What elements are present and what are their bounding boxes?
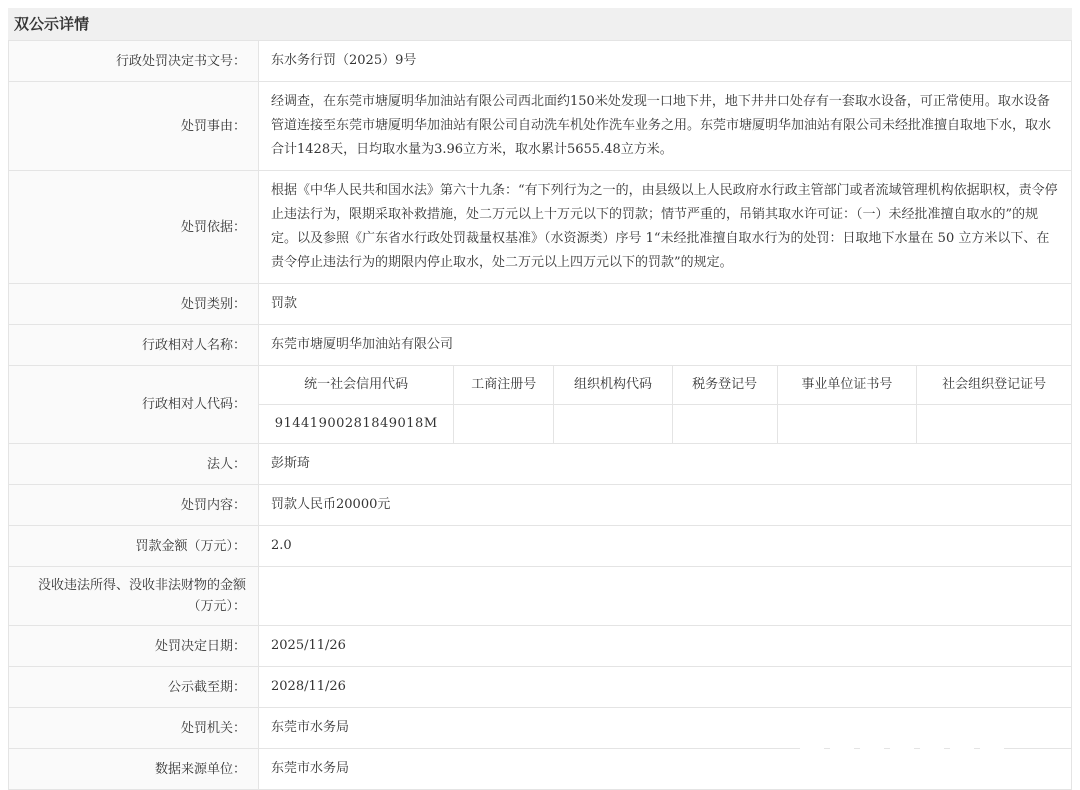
- code-table-header: 组织机构代码: [554, 366, 673, 405]
- field-label: 行政相对人代码：: [9, 366, 259, 444]
- row-penalty-content: 处罚内容： 罚款人民币20000元: [9, 485, 1072, 526]
- details-table: 行政处罚决定书文号： 东水务行罚（2025）9号 处罚事由： 经调查，在东莞市塘…: [8, 40, 1072, 790]
- field-value: 2028/11/26: [259, 667, 1072, 708]
- field-value: 罚款: [259, 284, 1072, 325]
- row-decision-date: 处罚决定日期： 2025/11/26: [9, 626, 1072, 667]
- field-label: 处罚类别：: [9, 284, 259, 325]
- field-label: 处罚事由：: [9, 82, 259, 171]
- field-label: 法人：: [9, 444, 259, 485]
- row-document-number: 行政处罚决定书文号： 东水务行罚（2025）9号: [9, 41, 1072, 82]
- field-value: [259, 567, 1072, 626]
- code-table-cell: [672, 405, 777, 444]
- row-publicity-end-date: 公示截至期： 2028/11/26: [9, 667, 1072, 708]
- field-value: 2025/11/26: [259, 626, 1072, 667]
- field-label: 公示截至期：: [9, 667, 259, 708]
- field-value: 彭斯琦: [259, 444, 1072, 485]
- code-table-value-row: 91441900281849018M: [259, 405, 1071, 444]
- party-code-table-cell: 统一社会信用代码 工商注册号 组织机构代码 税务登记号 事业单位证书号 社会组织…: [259, 366, 1072, 444]
- code-table-header: 事业单位证书号: [777, 366, 917, 405]
- code-table-header: 工商注册号: [454, 366, 554, 405]
- row-penalty-reason: 处罚事由： 经调查，在东莞市塘厦明华加油站有限公司西北面约150米处发现一口地下…: [9, 82, 1072, 171]
- field-label: 没收违法所得、没收非法财物的金额（万元）：: [9, 567, 259, 626]
- code-table-cell: [917, 405, 1071, 444]
- field-label: 处罚决定日期：: [9, 626, 259, 667]
- code-table-header: 税务登记号: [672, 366, 777, 405]
- code-table-cell: [454, 405, 554, 444]
- panel-header: 双公示详情: [8, 8, 1072, 40]
- party-code-table: 统一社会信用代码 工商注册号 组织机构代码 税务登记号 事业单位证书号 社会组织…: [259, 366, 1071, 443]
- field-label: 处罚内容：: [9, 485, 259, 526]
- field-label: 行政处罚决定书文号：: [9, 41, 259, 82]
- row-penalty-authority: 处罚机关： 东莞市水务局: [9, 708, 1072, 749]
- field-label: 处罚机关：: [9, 708, 259, 749]
- double-publicity-detail-page: 双公示详情 行政处罚决定书文号： 东水务行罚（2025）9号 处罚事由： 经调查…: [8, 8, 1072, 790]
- row-data-source: 数据来源单位： 东莞市水务局: [9, 749, 1072, 790]
- field-value: 根据《中华人民共和国水法》第六十九条：“有下列行为之一的，由县级以上人民政府水行…: [259, 171, 1072, 284]
- field-value: 罚款人民币20000元: [259, 485, 1072, 526]
- field-value: 东水务行罚（2025）9号: [259, 41, 1072, 82]
- page-title: 双公示详情: [14, 15, 89, 33]
- field-value: 经调查，在东莞市塘厦明华加油站有限公司西北面约150米处发现一口地下井，地下井井…: [259, 82, 1072, 171]
- code-table-header-row: 统一社会信用代码 工商注册号 组织机构代码 税务登记号 事业单位证书号 社会组织…: [259, 366, 1071, 405]
- field-label: 数据来源单位：: [9, 749, 259, 790]
- code-table-cell: [777, 405, 917, 444]
- field-value: 东莞市水务局: [259, 749, 1072, 790]
- row-fine-amount: 罚款金额（万元）： 2.0: [9, 526, 1072, 567]
- code-table-cell: [554, 405, 673, 444]
- code-table-header: 统一社会信用代码: [259, 366, 454, 405]
- field-label: 罚款金额（万元）：: [9, 526, 259, 567]
- row-party-name: 行政相对人名称： 东莞市塘厦明华加油站有限公司: [9, 325, 1072, 366]
- field-value: 东莞市塘厦明华加油站有限公司: [259, 325, 1072, 366]
- row-legal-person: 法人： 彭斯琦: [9, 444, 1072, 485]
- code-table-cell: 91441900281849018M: [259, 405, 454, 444]
- field-label: 处罚依据：: [9, 171, 259, 284]
- row-penalty-category: 处罚类别： 罚款: [9, 284, 1072, 325]
- row-penalty-basis: 处罚依据： 根据《中华人民共和国水法》第六十九条：“有下列行为之一的，由县级以上…: [9, 171, 1072, 284]
- code-table-header: 社会组织登记证号: [917, 366, 1071, 405]
- row-party-codes: 行政相对人代码： 统一社会信用代码 工商注册号 组织机构代码 税: [9, 366, 1072, 444]
- field-value: 东莞市水务局: [259, 708, 1072, 749]
- row-confiscation-amount: 没收违法所得、没收非法财物的金额（万元）：: [9, 567, 1072, 626]
- field-label: 行政相对人名称：: [9, 325, 259, 366]
- field-value: 2.0: [259, 526, 1072, 567]
